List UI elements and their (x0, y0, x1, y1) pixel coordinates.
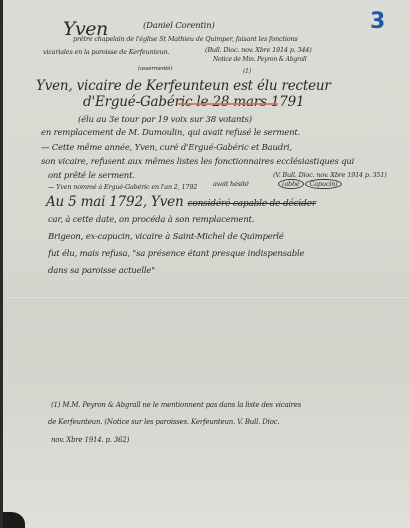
body-line-3: (élu au 3e tour par 19 voix sur 38 votan… (78, 116, 252, 125)
body-line-8-prefix: Au 5 mai 1792, Yven (46, 194, 183, 210)
footnote-line-3: nov. Xbre 1914. p. 362) (51, 437, 129, 444)
body-line-6: son vicaire, refusent aux mêmes listes l… (41, 158, 354, 167)
insert-line: — Yven nommé à Ergué-Gabéric en l'an 2, … (48, 184, 197, 191)
footnote-line-1: (1) M.M. Peyron & Abgrall ne le mentionn… (51, 402, 301, 409)
body-line-8-struck: considéré capable de décider (188, 199, 316, 209)
body-line-4: en remplacement de M. Dumoulin, qui avai… (41, 129, 300, 138)
insert-assermente: (assermenté) (138, 67, 172, 73)
header-reference-sub: Notice de Mm. Peyron & Abgrall (213, 57, 306, 63)
document-page: 3 Yven (Daniel Corentin) prêtre chapelai… (3, 0, 410, 528)
page-number: 3 (370, 9, 385, 34)
footnote-marker: (1) (243, 69, 251, 75)
body-line-8: Au 5 mai 1792, Yven considéré capable de… (46, 196, 316, 210)
header-line-1: prêtre chapelain de l'église St Mathieu … (73, 36, 298, 43)
scan-corner-shadow (3, 512, 25, 528)
body-line-5: — Cette même année, Yven, curé d'Ergué-G… (41, 144, 292, 153)
body-line-2-prefix: d'Ergué-Gabéric le (83, 94, 208, 110)
body-line-7-reference: (V. Bull. Dioc. nov. Xbre 1914 p. 351) (273, 172, 387, 179)
oval-note: (abbé Capucin) (278, 181, 342, 188)
body-line-7: ont prêté le serment. (48, 172, 135, 181)
body-line-12: dans sa paroisse actuelle" (48, 267, 155, 276)
header-reference: (Bull. Dioc. nov. Xbre 1914 p. 344) (205, 47, 312, 54)
insert-line-2: avait hésité (213, 181, 249, 188)
date-underline (178, 103, 278, 105)
header-given-names: (Daniel Corentin) (143, 22, 215, 31)
body-line-9: car, à cette date, on procéda à son remp… (48, 216, 254, 225)
header-line-2: vicariales en la paroisse de Kerfeunteun… (43, 49, 170, 56)
footnote-line-2: de Kerfeunteun. (Notice sur les paroisse… (48, 419, 279, 426)
paper-fold (3, 296, 410, 298)
election-date: 28 mars 1791 (212, 94, 304, 110)
oval-note-1: (abbé (278, 179, 304, 189)
body-line-10: Brigeon, ex-capucin, vicaire à Saint-Mic… (48, 233, 284, 242)
body-line-1: Yven, vicaire de Kerfeunteun est élu rec… (36, 80, 331, 94)
body-line-11: fut élu, mais refusa, "sa présence étant… (48, 250, 304, 259)
oval-note-2: Capucin) (305, 179, 341, 189)
